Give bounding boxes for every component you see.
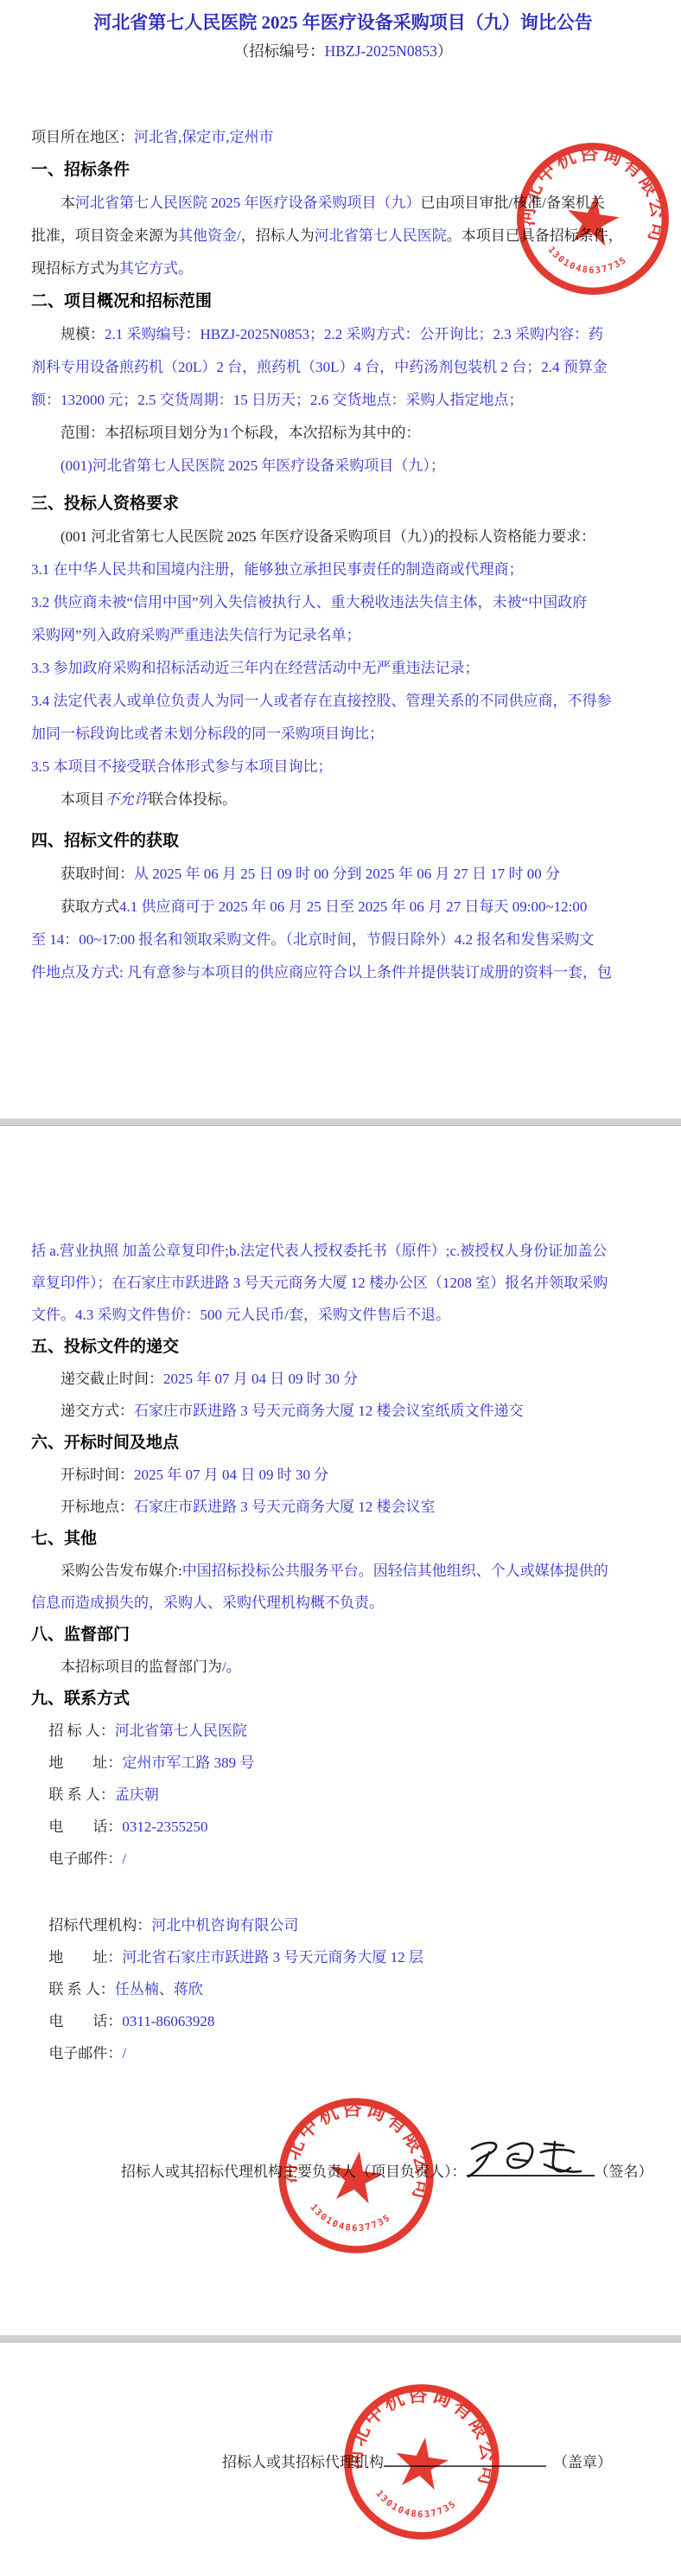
section-heading-2: 二、项目概况和招标范围: [31, 285, 655, 318]
text-segment: 剂科专用设备煎药机（20L）2 台，煎药机（30L）4 台，中药汤剂包装机 2 …: [31, 359, 608, 375]
document-page-1: 河北省第七人民医院 2025 年医疗设备采购项目（九）询比公告（招标编号：HBZ…: [0, 0, 681, 1118]
text-segment: 联 系 人：: [48, 1981, 115, 1998]
text-segment: 3.2 供应商未被“信用中国”列入失信被执行人、重大税收违法失信主体，未被“中国…: [31, 594, 587, 610]
text-segment: 件地点及方式: 凡有意参与本项目的供应商应符合以上条件并提供装订成册的资料一套，…: [31, 964, 612, 981]
text-segment: ）: [437, 42, 453, 60]
text-segment: 递交截止时间：: [60, 1371, 163, 1387]
text-segment: （招标编号：: [234, 42, 325, 60]
text-segment: 河北中机咨询有限公司: [151, 1917, 298, 1934]
doc-line: 获取时间：从 2025 年 06 月 25 日 09 时 00 分到 2025 …: [31, 858, 655, 891]
doc-line: 件地点及方式: 凡有意参与本项目的供应商应符合以上条件并提供装订成册的资料一套，…: [31, 956, 655, 989]
text-segment: 五、投标文件的递交: [31, 1338, 179, 1356]
page-1-content: 河北省第七人民医院 2025 年医疗设备采购项目（九）询比公告（招标编号：HBZ…: [0, 0, 681, 989]
text-segment: 括 a.营业执照 加盖公章复印件;b.法定代表人授权委托书（原件）;c.被授权人…: [31, 1243, 607, 1259]
text-segment: ，招标人为: [241, 227, 315, 244]
contact-agency-person: 联 系 人：任丛楠、蒋欣: [31, 1973, 655, 2005]
section-heading-5: 五、投标文件的递交: [31, 1331, 655, 1363]
handwritten-signature: [460, 2135, 598, 2183]
doc-line: 范围：本招标项目划分为1个标段，本次招标为其中的：: [31, 417, 655, 450]
contact-tenderer-email: 电子邮件：/: [31, 1843, 655, 1875]
text-segment: 河北省第七人民医院: [115, 1723, 247, 1739]
text-segment: 九、联系方式: [31, 1690, 130, 1708]
page-separator: [0, 2335, 681, 2343]
doc-line: 规模：2.1 采购编号：HBZJ-2025N0853；2.2 采购方式：公开询比…: [31, 318, 655, 351]
text-segment: （盖章）: [553, 2454, 612, 2471]
text-segment: 招 标 人：: [48, 1723, 115, 1739]
section-heading-3: 三、投标人资格要求: [31, 488, 655, 521]
doc-gap40: [31, 1875, 655, 1909]
doc-line: 3.4 法定代表人或单位负责人为同一人或者存在直接控股、管理关系的不同供应商，不…: [31, 685, 655, 718]
text-segment: 联合体投标。: [149, 791, 237, 808]
doc-line: 章复印件）；在石家庄市跃进路 3 号天元商务大厦 12 楼办公区（1208 室）…: [31, 1267, 655, 1299]
text-segment: 孟庆朝: [115, 1787, 159, 1803]
text-segment: 电子邮件：: [48, 2045, 122, 2061]
text-segment: 定州市军工路 389 号: [122, 1755, 254, 1771]
text-segment: (001 河北省第七人民医院 2025 年医疗设备采购项目（九）)的投标人资格能…: [60, 528, 595, 545]
text-segment: 电子邮件：: [48, 1851, 122, 1867]
text-segment: 石家庄市跃进路 3 号天元商务大厦 12 楼会议室纸质文件递交: [134, 1403, 524, 1419]
section-heading-7: 七、其他: [31, 1523, 655, 1555]
text-segment: 加同一标段询比或者未划分标段的同一采购项目询比；: [31, 725, 384, 742]
doc-line: 本河北省第七人民医院 2025 年医疗设备采购项目（九）已由项目审批/核准/备案…: [31, 187, 655, 220]
doc-line: 加同一标段询比或者未划分标段的同一采购项目询比；: [31, 718, 655, 751]
text-segment: 章复印件）；在石家庄市跃进路 3 号天元商务大厦 12 楼办公区（1208 室）…: [31, 1275, 608, 1291]
text-segment: 信息而造成损失的，采购人、采购代理机构概不负责。: [31, 1595, 384, 1611]
text-segment: 七、其他: [31, 1530, 97, 1548]
signature-slot: [467, 2159, 595, 2176]
text-segment: 其它方式: [119, 260, 178, 277]
doc-line: 本招标项目的监督部门为/。: [31, 1651, 655, 1683]
text-segment: 河北省第七人民医院: [315, 227, 447, 244]
text-segment: 。: [178, 260, 193, 277]
contact-tenderer-person: 联 系 人：孟庆朝: [31, 1779, 655, 1811]
page-3-content: 招标人或其招标代理机构（盖章）: [0, 2343, 681, 2479]
doc-line: 3.2 供应商未被“信用中国”列入失信被执行人、重大税收违法失信主体，未被“中国…: [31, 586, 655, 619]
text-segment: 3.4 法定代表人或单位负责人为同一人或者存在直接控股、管理关系的不同供应商，不…: [31, 693, 612, 709]
text-segment: 开标地点：: [60, 1499, 134, 1515]
doc-line: 剂科专用设备煎药机（20L）2 台，煎药机（30L）4 台，中药汤剂包装机 2 …: [31, 351, 655, 384]
text-segment: 从 2025 年 06 月 25 日 09 时 00 分到 2025 年 06 …: [134, 866, 560, 882]
text-segment: 3.5 本项目不接受联合体形式参与本项目询比；: [31, 758, 333, 775]
text-segment: 本招标项目的监督部门为: [60, 1659, 222, 1675]
contact-tenderer-phone: 电 话：0312-2355250: [31, 1811, 655, 1843]
text-segment: 开标时间：: [60, 1467, 134, 1483]
text-segment: (001)河北省第七人民医院 2025 年医疗设备采购项目（九）；: [60, 457, 445, 474]
doc-subtitle: （招标编号：HBZJ-2025N0853）: [31, 36, 655, 66]
doc-line: 括 a.营业执照 加盖公章复印件;b.法定代表人授权委托书（原件）;c.被授权人…: [31, 1235, 655, 1267]
text-segment: 文件。4.3 采购文件售价：500 元人民币/套，采购文件售后不退。: [31, 1307, 450, 1323]
text-segment: 现招标方式为: [31, 260, 119, 277]
text-segment: /: [122, 2045, 126, 2061]
doc-line: 递交方式：石家庄市跃进路 3 号天元商务大厦 12 楼会议室纸质文件递交: [31, 1395, 655, 1427]
text-segment: 获取时间：: [60, 866, 134, 882]
text-segment: 2025 年 07 月 04 日 09 时 30 分: [163, 1371, 358, 1387]
text-segment: 2.1 采购编号：HBZJ-2025N0853；2.2 采购方式：公开询比；2.…: [105, 326, 603, 342]
text-segment: （签名）: [595, 2164, 653, 2180]
text-segment: 。: [226, 1659, 241, 1675]
section-heading-9: 九、联系方式: [31, 1683, 655, 1715]
contact-agency-address: 地 址：河北省石家庄市跃进路 3 号天元商务大厦 12 层: [31, 1941, 655, 1973]
contact-agency-email: 电子邮件：/: [31, 2037, 655, 2069]
contact-tenderer-address: 地 址：定州市军工路 389 号: [31, 1747, 655, 1779]
text-segment: 中国招标投标公共服务平台。因轻信其他组织、个人或媒体提供的: [182, 1563, 608, 1579]
text-segment: 批准，项目资金来源为: [31, 227, 178, 244]
doc-line: 开标时间：2025 年 07 月 04 日 09 时 30 分: [31, 1459, 655, 1491]
text-segment: 一、招标条件: [31, 161, 130, 179]
text-segment: 4.1 供应商可于 2025 年 06 月 25 日至 2025 年 06 月 …: [119, 898, 587, 915]
text-segment: 1: [222, 425, 230, 441]
text-segment: 八、监督部门: [31, 1626, 130, 1644]
text-segment: 招标人或其招标代理机构主要负责人（项目负责人）：: [121, 2164, 467, 2180]
page-separator: [0, 1118, 681, 1126]
text-segment: 0312-2355250: [122, 1819, 207, 1835]
doc-line: 3.5 本项目不接受联合体形式参与本项目询比；: [31, 751, 655, 783]
text-segment: 3.3 参加政府采购和招标活动近三年内在经营活动中无严重违法记录；: [31, 660, 480, 676]
text-segment: /: [122, 1851, 126, 1867]
doc-line: 递交截止时间：2025 年 07 月 04 日 09 时 30 分: [31, 1363, 655, 1395]
doc-line: 额：132000 元；2.5 交货周期：15 日历天；2.6 交货地点：采购人指…: [31, 384, 655, 417]
text-segment: 范围：本招标项目划分为: [60, 425, 222, 441]
doc-line: 采购网”列入政府采购严重违法失信行为记录名单；: [31, 619, 655, 652]
text-segment: 三、投标人资格要求: [31, 495, 179, 513]
text-segment: 本: [60, 195, 75, 211]
doc-line: 现招标方式为其它方式。: [31, 252, 655, 285]
section-heading-1: 一、招标条件: [31, 154, 655, 187]
text-segment: 招标代理机构：: [48, 1917, 151, 1934]
text-segment: 二、项目概况和招标范围: [31, 292, 212, 310]
text-segment: 其他资金/: [178, 227, 241, 244]
text-segment: 河北省石家庄市跃进路 3 号天元商务大厦 12 层: [122, 1949, 423, 1966]
doc-line: 文件。4.3 采购文件售价：500 元人民币/套，采购文件售后不退。: [31, 1299, 655, 1331]
project-region-line: 项目所在地区：河北省,保定市,定州市: [31, 121, 655, 154]
contact-tenderer-name: 招 标 人：河北省第七人民医院: [31, 1715, 655, 1747]
text-segment: 采购网”列入政府采购严重违法失信行为记录名单；: [31, 627, 361, 643]
text-segment: 。本项目已具备招标条件，: [447, 227, 623, 244]
doc-line: 批准，项目资金来源为其他资金/，招标人为河北省第七人民医院。本项目已具备招标条件…: [31, 220, 655, 252]
text-segment: 项目所在地区：: [31, 129, 134, 145]
text-segment: 地 址：: [48, 1755, 122, 1771]
doc-line: 3.1 在中华人民共和国境内注册，能够独立承担民事责任的制造商或代理商；: [31, 553, 655, 586]
text-segment: HBZJ-2025N0853: [325, 42, 437, 60]
section-heading-6: 六、开标时间及地点: [31, 1427, 655, 1459]
text-segment: 电 话：: [48, 1819, 122, 1835]
text-segment: 2025 年 07 月 04 日 09 时 30 分: [134, 1467, 328, 1483]
doc-line: 采购公告发布媒介:中国招标投标公共服务平台。因轻信其他组织、个人或媒体提供的: [31, 1555, 655, 1587]
document-page-3: 招标人或其招标代理机构（盖章）: [0, 2343, 681, 2576]
text-segment: 3.1 在中华人民共和国境内注册，能够独立承担民事责任的制造商或代理商；: [31, 561, 524, 578]
text-segment: 河北省第七人民医院 2025 年医疗设备采购项目（九）: [75, 195, 421, 211]
text-segment: 招标人或其招标代理机构: [222, 2454, 384, 2471]
document-page-2: 括 a.营业执照 加盖公章复印件;b.法定代表人授权委托书（原件）;c.被授权人…: [0, 1126, 681, 2335]
doc-line: 3.3 参加政府采购和招标活动近三年内在经营活动中无严重违法记录；: [31, 652, 655, 685]
text-segment: 联 系 人：: [48, 1787, 115, 1803]
section-heading-8: 八、监督部门: [31, 1619, 655, 1651]
text-segment: 河北省,保定市,定州市: [134, 129, 274, 145]
text-segment: 至 14：00~17:00 报名和领取采购文件。（北京时间，节假日除外）4.2 …: [31, 931, 594, 948]
text-segment: 四、招标文件的获取: [31, 832, 179, 850]
text-segment: 递交方式：: [60, 1403, 134, 1419]
text-segment: 0311-86063928: [122, 2013, 214, 2029]
text-segment: 本项目: [60, 791, 105, 808]
signature-line: 招标人或其招标代理机构主要负责人（项目负责人）： （签名）: [31, 2156, 655, 2189]
doc-line: 开标地点：石家庄市跃进路 3 号天元商务大厦 12 楼会议室: [31, 1491, 655, 1523]
text-segment: 地 址：: [48, 1949, 122, 1966]
text-segment: 不允许: [105, 791, 149, 808]
seal-line: 招标人或其招标代理机构（盖章）: [31, 2446, 655, 2479]
contact-agency-name: 招标代理机构：河北中机咨询有限公司: [31, 1909, 655, 1941]
page-2-content: 括 a.营业执照 加盖公章复印件;b.法定代表人授权委托书（原件）;c.被授权人…: [0, 1126, 681, 2189]
doc-line: (001 河北省第七人民医院 2025 年医疗设备采购项目（九）)的投标人资格能…: [31, 521, 655, 553]
text-segment: 河北省第七人民医院 2025 年医疗设备采购项目（九）询比公告: [93, 12, 593, 33]
doc-line: 本项目不允许联合体投标。: [31, 783, 655, 816]
seal-slot: [384, 2453, 546, 2467]
doc-line: (001)河北省第七人民医院 2025 年医疗设备采购项目（九）；: [31, 450, 655, 483]
announcement-document: 河北省第七人民医院 2025 年医疗设备采购项目（九）询比公告（招标编号：HBZ…: [0, 0, 681, 2576]
section-heading-4: 四、招标文件的获取: [31, 825, 655, 858]
text-segment: 任丛楠、蒋欣: [115, 1981, 203, 1998]
doc-line: 信息而造成损失的，采购人、采购代理机构概不负责。: [31, 1587, 655, 1619]
text-segment: 采购公告发布媒介:: [60, 1563, 182, 1579]
doc-line: 至 14：00~17:00 报名和领取采购文件。（北京时间，节假日除外）4.2 …: [31, 924, 655, 956]
text-segment: 六、开标时间及地点: [31, 1434, 179, 1452]
text-segment: 已由项目审批/核准/备案机关: [421, 195, 605, 211]
text-segment: 个标段，本次招标为其中的：: [230, 425, 421, 441]
text-segment: 石家庄市跃进路 3 号天元商务大厦 12 楼会议室: [134, 1499, 436, 1515]
text-segment: 获取方式: [60, 898, 119, 915]
text-segment: 额：132000 元；2.5 交货周期：15 日历天；2.6 交货地点：采购人指…: [31, 392, 524, 408]
text-segment: 规模：: [60, 326, 105, 342]
text-segment: 电 话：: [48, 2013, 122, 2029]
doc-title: 河北省第七人民医院 2025 年医疗设备采购项目（九）询比公告: [31, 0, 655, 36]
contact-agency-phone: 电 话：0311-86063928: [31, 2005, 655, 2037]
doc-line: 获取方式4.1 供应商可于 2025 年 06 月 25 日至 2025 年 0…: [31, 891, 655, 924]
